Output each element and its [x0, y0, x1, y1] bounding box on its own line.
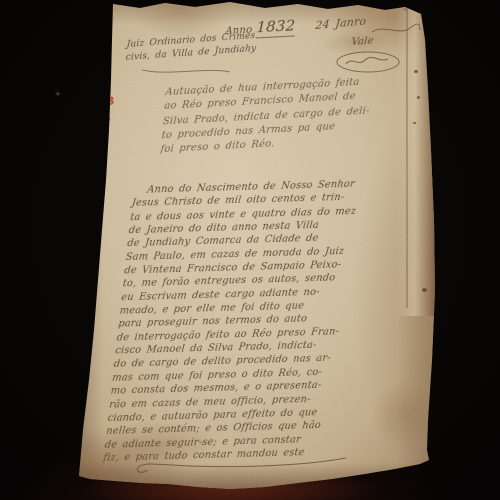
paper-grain-texture	[70, 0, 438, 492]
stamp-line: TJJ	[73, 60, 115, 80]
photo-of-manuscript: + 2 Anno1832 24 Janro Vale Juiz Ordinari…	[0, 0, 500, 500]
manuscript-page: 2 Anno1832 24 Janro Vale Juiz Ordinario …	[70, 0, 438, 492]
archive-reference-stamp: TJJ 1ºOF Ca003 024.5	[73, 60, 115, 130]
stamp-line: Ca003	[74, 93, 116, 113]
dust-speck: +	[55, 90, 61, 98]
stamp-line: 1ºOF	[73, 77, 115, 97]
